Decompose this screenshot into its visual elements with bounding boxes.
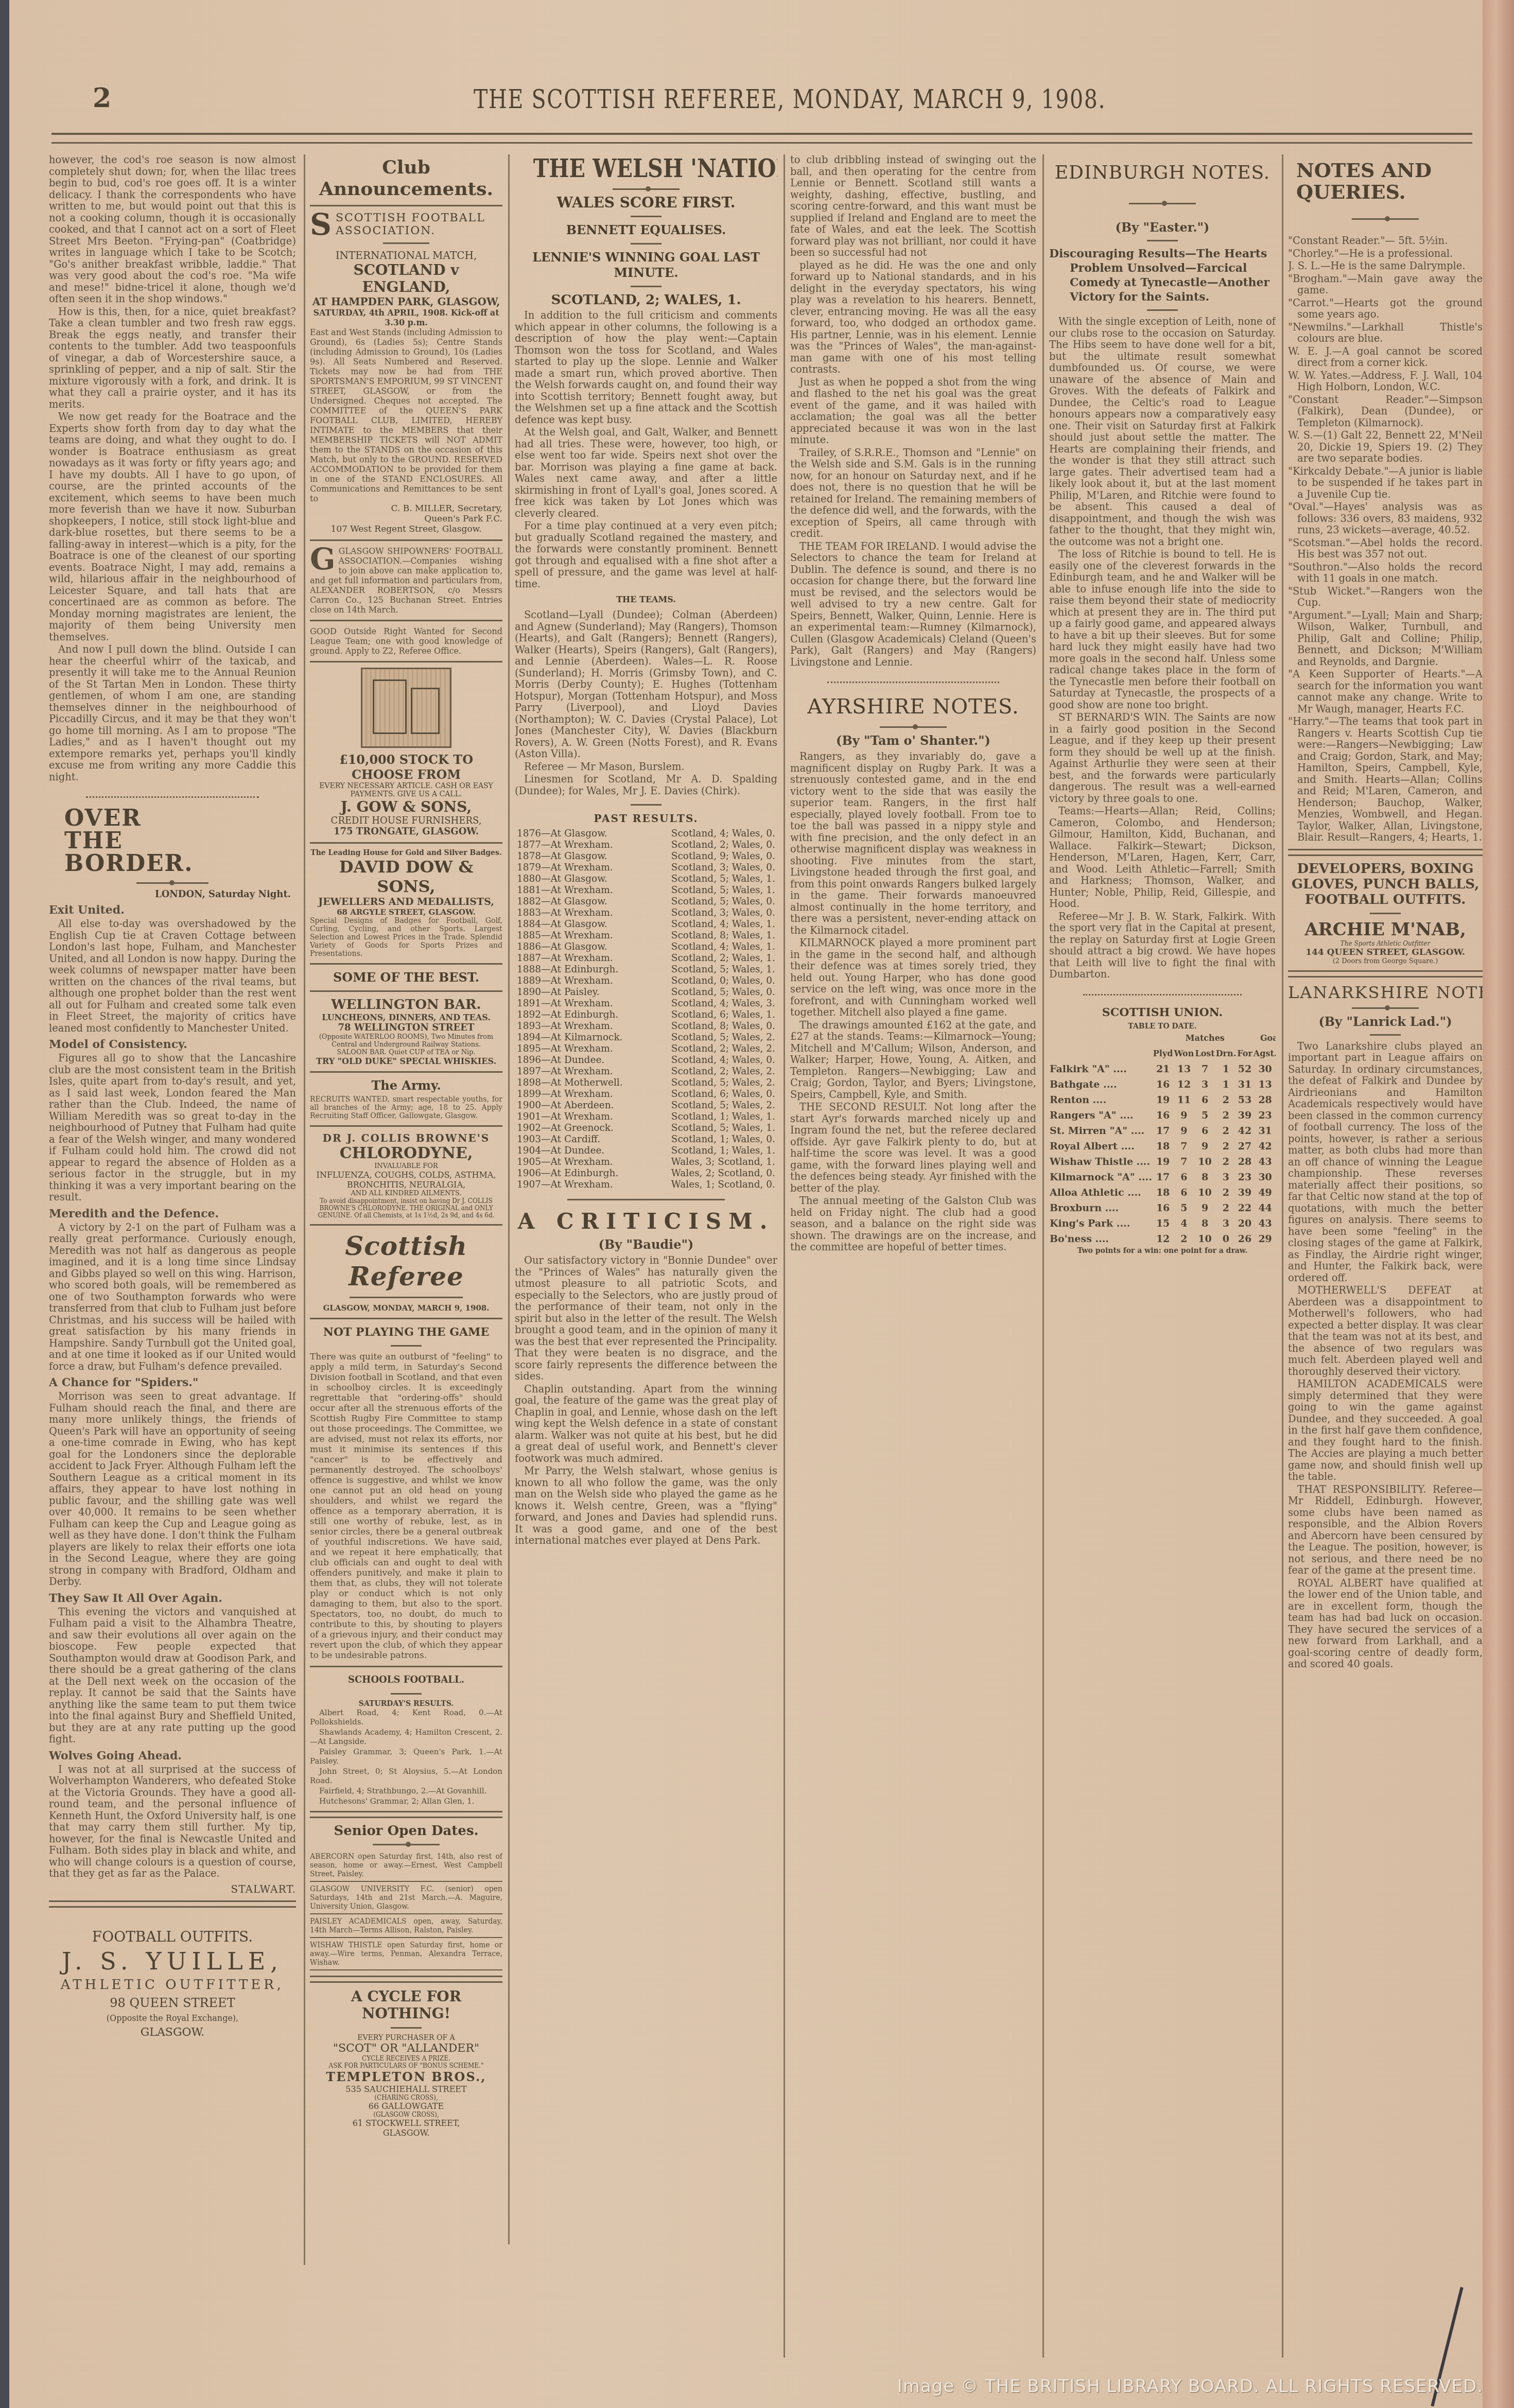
result-score: Scotland, 4; Wales, 1. <box>647 919 777 930</box>
stat-f: 52 <box>1237 1061 1253 1077</box>
welsh-report-continued: to club dribbling instead of swinging ou… <box>790 154 1036 668</box>
query-answer: "Chorley."—He is a professional. <box>1288 248 1483 260</box>
stat-f: 28 <box>1237 1154 1253 1170</box>
query-answer: "Constant Reader."— 5ft. 5½in. <box>1288 235 1483 247</box>
result-score: Scotland, 9; Wales, 0. <box>647 851 777 862</box>
section-body: A victory by 2-1 on the part of Fulham w… <box>49 1222 296 1373</box>
team-name: St. Mirren "A" .... <box>1049 1123 1153 1139</box>
result-year-venue: 1880—At Glasgow. <box>515 874 647 885</box>
league-row: Broxburn ....16592224412 <box>1049 1200 1276 1216</box>
section-subheading: They Saw It All Over Again. <box>49 1591 296 1606</box>
stat-d: 2 <box>1215 1200 1237 1216</box>
past-result-row: 1880—At Glasgow.Scotland, 5; Wales, 1. <box>515 874 777 885</box>
result-year-venue: 1887—At Wrexham. <box>515 953 647 964</box>
league-row: Alloa Athletic ....186102394914 <box>1049 1185 1276 1200</box>
result-score: Scotland, 2; Wales, 1. <box>647 953 777 964</box>
result-score: Wales, 2; Scotland, 0. <box>647 1168 777 1179</box>
stat-p: 18 <box>1153 1185 1174 1200</box>
team-name: Bo'ness .... <box>1049 1231 1153 1247</box>
stat-l: 10 <box>1194 1231 1215 1247</box>
column-3: THE WELSH 'NATIONAL WALES SCORE FIRST. B… <box>515 154 777 2358</box>
stat-f: 39 <box>1237 1108 1253 1123</box>
school-result: Shawlands Academy, 4; Hamilton Crescent,… <box>310 1728 502 1746</box>
result-score: Scotland, 5; Wales, 1. <box>647 885 777 896</box>
result-score: Scotland, 4; Wales, 1. <box>647 941 777 953</box>
team-name: Wishaw Thistle .... <box>1049 1154 1153 1170</box>
query-answer: "Kirkcaldy Debate."—A junior is liable t… <box>1288 466 1483 501</box>
paper-nameplate: Scottish Referee <box>310 1231 502 1292</box>
section-subheading: Meredith and the Defence. <box>49 1207 296 1221</box>
ad-rule <box>49 1900 296 1908</box>
result-score: Scotland, 5; Wales, 0. <box>647 987 777 998</box>
dow-advertisement: The Leading House for Gold and Silver Ba… <box>310 849 502 958</box>
dateline: LONDON, Saturday Night. <box>54 889 291 900</box>
stat-a: 31 <box>1253 1123 1276 1139</box>
result-year-venue: 1882—At Glasgow. <box>515 896 647 908</box>
open-date-item: PAISLEY ACADEMICALS open, away, Saturday… <box>310 1915 502 1938</box>
section-divider <box>86 792 259 798</box>
stat-d: 3 <box>1215 1216 1237 1231</box>
league-row: St. Mirren "A" ....17962423120 <box>1049 1123 1276 1139</box>
past-result-row: 1901—At Wrexham.Scotland, 1; Wales, 1. <box>515 1111 777 1123</box>
result-score: Scotland, 3; Wales, 0. <box>647 862 777 874</box>
past-result-row: 1882—At Glasgow.Scotland, 5; Wales, 0. <box>515 896 777 908</box>
result-score: Scotland, 2; Wales, 0. <box>647 840 777 851</box>
past-result-row: 1891—At Wrexham.Scotland, 4; Wales, 3. <box>515 998 777 1009</box>
result-year-venue: 1889—At Wrexham. <box>515 975 647 987</box>
section-body: Figures all go to show that the Lancashi… <box>49 1053 296 1203</box>
open-date-item: ABERCORN open Saturday first, 14th, also… <box>310 1851 502 1882</box>
stat-f: 22 <box>1237 1200 1253 1216</box>
query-answer: W. W. Yates.—Address, F. J. Wall, 104 Hi… <box>1288 370 1483 393</box>
stat-a: 42 <box>1253 1139 1276 1154</box>
stat-d: 2 <box>1215 1092 1237 1108</box>
stat-w: 11 <box>1173 1092 1194 1108</box>
column-divider <box>508 154 510 2244</box>
stat-d: 2 <box>1215 1108 1237 1123</box>
past-result-row: 1889—At Wrexham.Scotland, 0; Wales, 0. <box>515 975 777 987</box>
past-result-row: 1896—At Dundee.Scotland, 4; Wales, 0. <box>515 1055 777 1066</box>
result-year-venue: 1885—At Wrexham. <box>515 930 647 941</box>
edinburgh-notes-heading: EDINBURGH NOTES. <box>1049 159 1276 187</box>
query-answer: W. E. J.—A goal cannot be scored direct … <box>1288 346 1483 369</box>
result-score: Scotland, 5; Wales, 2. <box>647 1032 777 1043</box>
column-4: to club dribbling instead of swinging ou… <box>790 154 1036 2358</box>
query-answer: "A Keen Supporter of Hearts."—A search f… <box>1288 669 1483 715</box>
past-result-row: 1902—At Greenock.Scotland, 5; Wales, 1. <box>515 1123 777 1134</box>
table-header: Agst. <box>1253 1046 1276 1061</box>
stat-l: 9 <box>1194 1200 1215 1216</box>
shipowners-notice: GGLASGOW SHIPOWNERS' FOOTBALL ASSOCIATIO… <box>310 546 502 615</box>
table-header: Plyd <box>1153 1046 1174 1061</box>
schools-results: Albert Road, 4; Kent Road, 0.—At Polloks… <box>310 1708 502 1806</box>
result-score: Scotland, 8; Wales, 0. <box>647 1021 777 1032</box>
stat-p: 19 <box>1153 1092 1174 1108</box>
query-answer: "Southron."—Also holds the record with 1… <box>1288 562 1483 585</box>
past-result-row: 1898—At Motherwell.Scotland, 5; Wales, 2… <box>515 1077 777 1089</box>
stat-d: 0 <box>1215 1231 1237 1247</box>
section-body: This evening the victors and vanquished … <box>49 1607 296 1746</box>
table-header: Drn. <box>1215 1046 1237 1061</box>
stat-w: 4 <box>1173 1216 1194 1231</box>
result-year-venue: 1899—At Wrexham. <box>515 1089 647 1100</box>
ayrshire-notes-heading: AYRSHIRE NOTES. <box>790 692 1036 721</box>
result-year-venue: 1897—At Wrexham. <box>515 1066 647 1077</box>
school-result: John Street, 0; St Aloysius, 5.—At Londo… <box>310 1767 502 1785</box>
caddie-article: however, the cod's roe season is now alm… <box>49 154 296 783</box>
outside-right-wanted: GOOD Outside Right Wanted for Second Lea… <box>310 626 502 656</box>
past-result-row: 1881—At Wrexham.Scotland, 5; Wales, 1. <box>515 885 777 896</box>
past-result-row: 1877—At Wrexham.Scotland, 2; Wales, 0. <box>515 840 777 851</box>
some-of-the-best: SOME OF THE BEST. <box>310 970 502 985</box>
club-announcements-heading: Club Announcements. <box>310 156 502 200</box>
stat-l: 6 <box>1194 1092 1215 1108</box>
query-answer: "Argument."—Lyall; Main and Sharp; Wilso… <box>1288 610 1483 668</box>
column-divider <box>1282 154 1283 2358</box>
stat-d: 3 <box>1215 1170 1237 1185</box>
result-score: Scotland, 5; Wales, 2. <box>647 1100 777 1111</box>
senior-open-dates-heading: Senior Open Dates. <box>310 1823 502 1839</box>
result-score: Scotland, 5; Wales, 1. <box>647 964 777 975</box>
stat-p: 12 <box>1153 1231 1174 1247</box>
school-result: Albert Road, 4; Kent Road, 0.—At Polloks… <box>310 1708 502 1726</box>
team-name: Renton .... <box>1049 1092 1153 1108</box>
league-row: Bo'ness ....12210026294 <box>1049 1231 1276 1247</box>
stat-w: 6 <box>1173 1170 1194 1185</box>
schools-football-heading: SCHOOLS FOOTBALL. <box>310 1672 502 1688</box>
past-result-row: 1906—At Edinburgh.Wales, 2; Scotland, 0. <box>515 1168 777 1179</box>
section-body: All else to-day was overshadowed by the … <box>49 918 296 1034</box>
stat-l: 10 <box>1194 1154 1215 1170</box>
result-year-venue: 1890—At Paisley. <box>515 987 647 998</box>
stat-a: 28 <box>1253 1092 1276 1108</box>
result-year-venue: 1883—At Wrexham. <box>515 908 647 919</box>
stat-f: 20 <box>1237 1216 1253 1231</box>
past-result-row: 1884—At Glasgow.Scotland, 4; Wales, 1. <box>515 919 777 930</box>
school-result: Paisley Grammar, 3; Queen's Park, 1.—At … <box>310 1747 502 1766</box>
chlorodyne-advertisement: DR J. COLLIS BROWNE'S CHLORODYNE, INVALU… <box>310 1132 502 1219</box>
stat-a: 44 <box>1253 1200 1276 1216</box>
ornament-rule <box>136 882 208 884</box>
table-note: Two points for a win: one point for a dr… <box>1049 1247 1276 1255</box>
author-signature: STALWART. <box>49 1883 296 1895</box>
query-answer: "Newmilns."—Larkhall Thistle's colours a… <box>1288 322 1483 345</box>
league-row: King's Park ....15483204311 <box>1049 1216 1276 1231</box>
result-score: Scotland, 5; Wales, 1. <box>647 874 777 885</box>
stat-p: 16 <box>1153 1200 1174 1216</box>
edinburgh-article: With the single exception of Leith, none… <box>1049 316 1276 981</box>
result-year-venue: 1879—At Wrexham. <box>515 862 647 874</box>
column-divider <box>304 154 305 2265</box>
result-score: Scotland, 3; Wales, 0. <box>647 908 777 919</box>
masthead-rule <box>51 133 1472 144</box>
team-name: Broxburn .... <box>1049 1200 1153 1216</box>
furniture-illustration <box>361 668 451 748</box>
team-name: Kilmarnock "A" .... <box>1049 1170 1153 1185</box>
column-divider <box>784 154 785 2358</box>
stat-l: 6 <box>1194 1123 1215 1139</box>
team-name: Bathgate .... <box>1049 1077 1153 1092</box>
team-name: Falkirk "A" .... <box>1049 1061 1153 1077</box>
wellington-bar-advertisement: WELLINGTON BAR. LUNCHEONS, DINNERS, AND … <box>310 997 502 1066</box>
stat-p: 16 <box>1153 1108 1174 1123</box>
result-year-venue: 1877—At Wrexham. <box>515 840 647 851</box>
column-6: NOTES AND QUERIES. "Constant Reader."— 5… <box>1288 154 1483 2358</box>
result-score: Wales, 3; Scotland, 1. <box>647 1157 777 1168</box>
past-result-row: 1893—At Wrexham.Scotland, 8; Wales, 0. <box>515 1021 777 1032</box>
result-year-venue: 1878—At Glasgow. <box>515 851 647 862</box>
result-year-venue: 1898—At Motherwell. <box>515 1077 647 1089</box>
result-score: Scotland, 1; Wales, 1. <box>647 1111 777 1123</box>
result-score: Scotland, 2; Wales, 2. <box>647 1066 777 1077</box>
stat-a: 49 <box>1253 1185 1276 1200</box>
lanarkshire-article: Two Lanarkshire clubs played an importan… <box>1288 1041 1483 1670</box>
query-answer: W. S.—(1) Galt 22, Bennett 22, M'Neil 20… <box>1288 430 1483 465</box>
past-result-row: 1895—At Wrexham.Scotland, 2; Wales, 2. <box>515 1043 777 1055</box>
match-report: In addition to the full criticism and co… <box>515 310 777 797</box>
result-year-venue: 1896—At Dundee. <box>515 1055 647 1066</box>
league-row: Wishaw Thistle ....197102284316 <box>1049 1154 1276 1170</box>
league-row: Kilmarnock "A" ....17683233015 <box>1049 1170 1276 1185</box>
result-year-venue: 1886—At Glasgow. <box>515 941 647 953</box>
stat-d: 2 <box>1215 1185 1237 1200</box>
paper-dateline: GLASGOW, MONDAY, MARCH 9, 1908. <box>310 1303 502 1313</box>
result-score: Scotland, 4; Wales, 0. <box>647 1055 777 1066</box>
stat-w: 9 <box>1173 1123 1194 1139</box>
page-gutter <box>1483 0 1514 2408</box>
past-result-row: 1879—At Wrexham.Scotland, 3; Wales, 0. <box>515 862 777 874</box>
stat-f: 42 <box>1237 1123 1253 1139</box>
past-result-row: 1892—At Edinburgh.Scotland, 6; Wales, 1. <box>515 1009 777 1021</box>
stat-d: 2 <box>1215 1139 1237 1154</box>
stat-p: 19 <box>1153 1154 1174 1170</box>
stat-l: 8 <box>1194 1170 1215 1185</box>
cycle-advertisement: A CYCLE FOR NOTHING! EVERY PURCHASER OF … <box>310 1988 502 2138</box>
criticism-article: Our satisfactory victory in "Bonnie Dund… <box>515 1255 777 1547</box>
stat-d: 1 <box>1215 1061 1237 1077</box>
school-result: Hutchesons' Grammar, 2; Allan Glen, 1. <box>310 1796 502 1806</box>
table-header: Won <box>1173 1046 1194 1061</box>
stat-w: 2 <box>1173 1231 1194 1247</box>
stat-a: 43 <box>1253 1154 1276 1170</box>
final-score: SCOTLAND, 2; WALES, 1. <box>515 292 777 308</box>
team-name: Royal Albert .... <box>1049 1139 1153 1154</box>
open-date-item: GLASGOW UNIVERSITY F.C. (senior) open Sa… <box>310 1883 502 1914</box>
stat-d: 1 <box>1215 1077 1237 1092</box>
stat-a: 30 <box>1253 1061 1276 1077</box>
table-header: Lost <box>1194 1046 1215 1061</box>
sfa-announcement: SSCOTTISH FOOTBALL ASSOCIATION. INTERNAT… <box>310 212 502 534</box>
stat-w: 6 <box>1173 1185 1194 1200</box>
stat-w: 13 <box>1173 1061 1194 1077</box>
query-answer: J. S. L.—He is the same Dalrymple. <box>1288 260 1483 272</box>
team-name: Rangers "A" .... <box>1049 1108 1153 1123</box>
past-result-row: 1907—At Wrexham.Wales, 1; Scotland, 0. <box>515 1179 777 1191</box>
team-name: King's Park .... <box>1049 1216 1153 1231</box>
stat-f: 27 <box>1237 1139 1253 1154</box>
stat-p: 21 <box>1153 1061 1174 1077</box>
over-the-border-heading: OVER THE BORDER. <box>64 807 198 875</box>
past-results-heading: PAST RESULTS. <box>515 811 777 826</box>
league-row: Royal Albert ....18792274216 <box>1049 1139 1276 1154</box>
yuille-advertisement: FOOTBALL OUTFITS. J. S. YUILLE, ATHLETIC… <box>49 1928 296 2039</box>
section-subheading: Exit United. <box>49 903 296 917</box>
stat-a: 13 <box>1253 1077 1276 1092</box>
result-year-venue: 1884—At Glasgow. <box>515 919 647 930</box>
column-5: EDINBURGH NOTES. (By "Easter.") Discoura… <box>1049 154 1276 2358</box>
masthead: 2 THE SCOTTISH REFEREE, MONDAY, MARCH 9,… <box>31 82 1462 113</box>
league-row: Renton ....191162532824 <box>1049 1092 1276 1108</box>
team-name: Alloa Athletic .... <box>1049 1185 1153 1200</box>
result-year-venue: 1895—At Wrexham. <box>515 1043 647 1055</box>
section-subheading: Model of Consistency. <box>49 1037 296 1052</box>
result-score: Scotland, 5; Wales, 0. <box>647 896 777 908</box>
past-result-row: 1878—At Glasgow.Scotland, 9; Wales, 0. <box>515 851 777 862</box>
result-year-venue: 1876—At Glasgow. <box>515 828 647 840</box>
column-2: Club Announcements. SSCOTTISH FOOTBALL A… <box>310 154 502 2358</box>
section-body: I was not at all surprised at the succes… <box>49 1764 296 1880</box>
query-answer: "Brogham."—Main gave away the game. <box>1288 273 1483 296</box>
league-row: Rangers "A" ....16952392320 <box>1049 1108 1276 1123</box>
senior-open-dates-list: ABERCORN open Saturday first, 14th, also… <box>310 1851 502 1970</box>
past-result-row: 1876—At Glasgow.Scotland, 4; Wales, 0. <box>515 828 777 840</box>
stat-p: 17 <box>1153 1170 1174 1185</box>
stat-f: 26 <box>1237 1231 1253 1247</box>
stat-a: 30 <box>1253 1170 1276 1185</box>
masthead-title: THE SCOTTISH REFEREE, MONDAY, MARCH 9, 1… <box>474 84 1106 114</box>
over-the-border-article: Exit United.All else to-day was overshad… <box>49 903 296 1880</box>
query-answer: "Scotsman."—Abel holds the record. His b… <box>1288 537 1483 561</box>
stat-d: 2 <box>1215 1123 1237 1139</box>
result-score: Wales, 1; Scotland, 0. <box>647 1179 777 1191</box>
scottish-union-heading: SCOTTISH UNION. <box>1049 1005 1276 1020</box>
result-year-venue: 1901—At Wrexham. <box>515 1111 647 1123</box>
past-result-row: 1883—At Wrexham.Scotland, 3; Wales, 0. <box>515 908 777 919</box>
result-year-venue: 1893—At Wrexham. <box>515 1021 647 1032</box>
open-date-item: WISHAW THISTLE open Saturday first, home… <box>310 1939 502 1970</box>
past-result-row: 1886—At Glasgow.Scotland, 4; Wales, 1. <box>515 941 777 953</box>
result-year-venue: 1905—At Wrexham. <box>515 1157 647 1168</box>
result-score: Scotland, 2; Wales, 2. <box>647 1043 777 1055</box>
result-score: Scotland, 5; Wales, 1. <box>647 1123 777 1134</box>
query-answer: "Stub Wicket."—Rangers won the Cup. <box>1288 586 1483 609</box>
stat-p: 18 <box>1153 1139 1174 1154</box>
section-subheading: A Chance for "Spiders." <box>49 1375 296 1390</box>
result-score: Scotland, 1; Wales, 0. <box>647 1134 777 1145</box>
lanarkshire-notes-heading: LANARKSHIRE NOTES. <box>1288 983 1483 1002</box>
result-year-venue: 1892—At Edinburgh. <box>515 1009 647 1021</box>
result-score: Scotland, 0; Wales, 0. <box>647 975 777 987</box>
stat-l: 7 <box>1194 1061 1215 1077</box>
stat-l: 3 <box>1194 1077 1215 1092</box>
past-result-row: 1894—At Kilmarnock.Scotland, 5; Wales, 2… <box>515 1032 777 1043</box>
copyright-watermark: Image © THE BRITISH LIBRARY BOARD. ALL R… <box>897 2376 1483 2397</box>
result-year-venue: 1894—At Kilmarnock. <box>515 1032 647 1043</box>
result-score: Scotland, 4; Wales, 3. <box>647 998 777 1009</box>
not-playing-heading: NOT PLAYING THE GAME <box>310 1324 502 1340</box>
section-subheading: Wolves Going Ahead. <box>49 1749 296 1763</box>
notes-queries-heading: NOTES AND QUERIES. <box>1296 160 1474 203</box>
stat-w: 7 <box>1173 1154 1194 1170</box>
stat-f: 53 <box>1237 1092 1253 1108</box>
past-result-row: 1904—At Dundee.Scotland, 1; Wales, 1. <box>515 1145 777 1157</box>
past-result-row: 1903—At Cardiff.Scotland, 1; Wales, 0. <box>515 1134 777 1145</box>
result-year-venue: 1888—At Edinburgh. <box>515 964 647 975</box>
result-score: Scotland, 6; Wales, 1. <box>647 1009 777 1021</box>
result-score: Scotland, 4; Wales, 0. <box>647 828 777 840</box>
column-divider <box>1042 154 1044 2358</box>
welsh-national-headline: THE WELSH 'NATIONAL <box>533 154 759 183</box>
query-answer: "Oval."—Hayes' analysis was as follows: … <box>1288 501 1483 536</box>
stat-l: 5 <box>1194 1108 1215 1123</box>
edinburgh-deck: Discouraging Results—The Hearts Problem … <box>1049 247 1276 304</box>
army-recruits-notice: RECRUITS WANTED, smart respectable youth… <box>310 1095 502 1120</box>
stat-a: 23 <box>1253 1108 1276 1123</box>
result-year-venue: 1881—At Wrexham. <box>515 885 647 896</box>
stat-p: 15 <box>1153 1216 1174 1231</box>
result-year-venue: 1903—At Cardiff. <box>515 1134 647 1145</box>
past-result-row: 1905—At Wrexham.Wales, 3; Scotland, 1. <box>515 1157 777 1168</box>
table-header <box>1049 1046 1153 1061</box>
query-answer: "Constant Reader."—Simpson (Falkirk), De… <box>1288 394 1483 429</box>
stat-w: 5 <box>1173 1200 1194 1216</box>
past-result-row: 1900—At Aberdeen.Scotland, 5; Wales, 2. <box>515 1100 777 1111</box>
result-year-venue: 1904—At Dundee. <box>515 1145 647 1157</box>
past-result-row: 1885—At Wrexham.Scotland, 8; Wales, 1. <box>515 930 777 941</box>
stat-p: 17 <box>1153 1123 1174 1139</box>
school-result: Fairfield, 4; Strathbungo, 2.—At Govanhi… <box>310 1786 502 1795</box>
stat-f: 39 <box>1237 1185 1253 1200</box>
query-answer: "Harry."—The teams that took part in Ran… <box>1288 716 1483 844</box>
past-results-table: 1876—At Glasgow.Scotland, 4; Wales, 0.18… <box>515 828 777 1191</box>
result-score: Scotland, 8; Wales, 1. <box>647 930 777 941</box>
gow-advertisement: £10,000 STOCK TO CHOOSE FROM EVERY NECES… <box>310 752 502 837</box>
scottish-union-table: MatchesGoals PlydWonLostDrn.ForAgst.Pts … <box>1049 1031 1276 1247</box>
result-year-venue: 1891—At Wrexham. <box>515 998 647 1009</box>
stat-l: 9 <box>1194 1139 1215 1154</box>
result-year-venue: 1902—At Greenock. <box>515 1123 647 1134</box>
result-year-venue: 1900—At Aberdeen. <box>515 1100 647 1111</box>
result-score: Scotland, 5; Wales, 2. <box>647 1077 777 1089</box>
stat-a: 29 <box>1253 1231 1276 1247</box>
past-result-row: 1899—At Wrexham.Scotland, 6; Wales, 0. <box>515 1089 777 1100</box>
criticism-heading: A CRITICISM. <box>515 1209 777 1234</box>
result-score: Scotland, 6; Wales, 0. <box>647 1089 777 1100</box>
past-result-row: 1890—At Paisley.Scotland, 5; Wales, 0. <box>515 987 777 998</box>
result-year-venue: 1906—At Edinburgh. <box>515 1168 647 1179</box>
column-1: however, the cod's roe season is now alm… <box>49 154 296 2358</box>
stat-l: 8 <box>1194 1216 1215 1231</box>
league-row: Falkirk "A" ....211371523027 <box>1049 1061 1276 1077</box>
table-header: For <box>1237 1046 1253 1061</box>
section-body: Morrison was seen to great advantage. If… <box>49 1391 296 1588</box>
stat-w: 9 <box>1173 1108 1194 1123</box>
stat-f: 23 <box>1237 1170 1253 1185</box>
stat-w: 7 <box>1173 1139 1194 1154</box>
stat-l: 10 <box>1194 1185 1215 1200</box>
stat-a: 43 <box>1253 1216 1276 1231</box>
ayrshire-article: Rangers, as they invariably do, gave a m… <box>790 751 1036 1253</box>
stat-p: 16 <box>1153 1077 1174 1092</box>
stat-w: 12 <box>1173 1077 1194 1092</box>
not-playing-article: There was quite an outburst of "feeling"… <box>310 1352 502 1661</box>
stat-f: 31 <box>1237 1077 1253 1092</box>
stat-d: 2 <box>1215 1154 1237 1170</box>
past-result-row: 1888—At Edinburgh.Scotland, 5; Wales, 1. <box>515 964 777 975</box>
queries-list: "Constant Reader."— 5ft. 5½in."Chorley."… <box>1288 235 1483 844</box>
result-year-venue: 1907—At Wrexham. <box>515 1179 647 1191</box>
league-row: Bathgate ....161231311325 <box>1049 1077 1276 1092</box>
